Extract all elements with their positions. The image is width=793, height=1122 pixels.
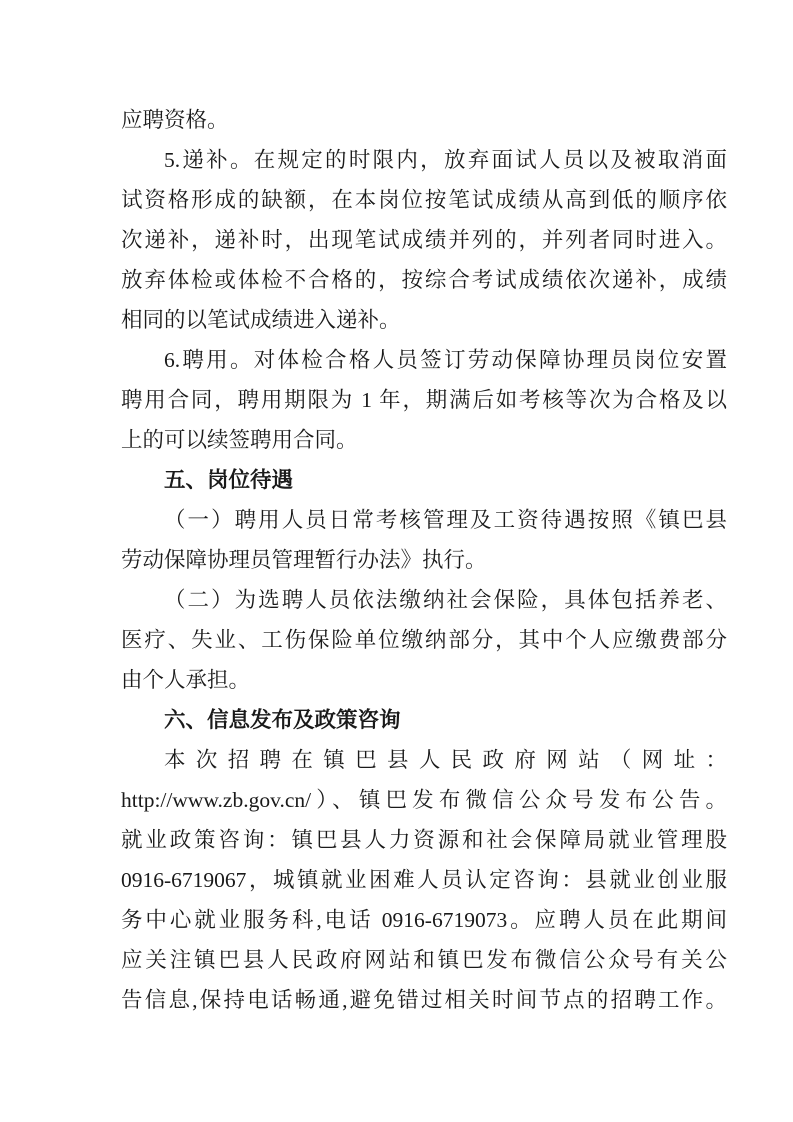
text-line: 劳动保障协理员管理暂行办法》执行。 [121, 540, 727, 580]
text-line: 5.递补。在规定的时限内，放弃面试人员以及被取消面 [121, 140, 727, 180]
text-line: http://www.zb.gov.cn/）、镇巴发布微信公众号发布公告。 [121, 780, 727, 820]
text-line: 相同的以笔试成绩进入递补。 [121, 300, 727, 340]
text-line: 试资格形成的缺额，在本岗位按笔试成绩从高到低的顺序依 [121, 180, 727, 220]
section-heading: 六、信息发布及政策咨询 [121, 700, 727, 740]
text-line: 就业政策咨询：镇巴县人力资源和社会保障局就业管理股 [121, 820, 727, 860]
text-line: 上的可以续签聘用合同。 [121, 420, 727, 460]
text-line: 医疗、失业、工伤保险单位缴纳部分，其中个人应缴费部分 [121, 620, 727, 660]
document-page: 应聘资格。 5.递补。在规定的时限内，放弃面试人员以及被取消面 试资格形成的缺额… [0, 0, 793, 1122]
text-line: 由个人承担。 [121, 660, 727, 700]
text-line: 应聘资格。 [121, 100, 727, 140]
text-line: 本次招聘在镇巴县人民政府网站（网址： [121, 740, 727, 780]
text-line: 次递补，递补时，出现笔试成绩并列的，并列者同时进入。 [121, 220, 727, 260]
text-line: 应关注镇巴县人民政府网站和镇巴发布微信公众号有关公 [121, 940, 727, 980]
text-line: 告信息,保持电话畅通,避免错过相关时间节点的招聘工作。 [121, 980, 727, 1020]
text-line: 务中心就业服务科,电话 0916-6719073。应聘人员在此期间 [121, 900, 727, 940]
section-heading: 五、岗位待遇 [121, 460, 727, 500]
text-line: 0916-6719067，城镇就业困难人员认定咨询：县就业创业服 [121, 860, 727, 900]
text-line: （二）为选聘人员依法缴纳社会保险，具体包括养老、 [121, 580, 727, 620]
text-line: 6.聘用。对体检合格人员签订劳动保障协理员岗位安置 [121, 340, 727, 380]
text-line: 放弃体检或体检不合格的，按综合考试成绩依次递补，成绩 [121, 260, 727, 300]
text-line: （一）聘用人员日常考核管理及工资待遇按照《镇巴县 [121, 500, 727, 540]
text-line: 聘用合同，聘用期限为 1 年，期满后如考核等次为合格及以 [121, 380, 727, 420]
